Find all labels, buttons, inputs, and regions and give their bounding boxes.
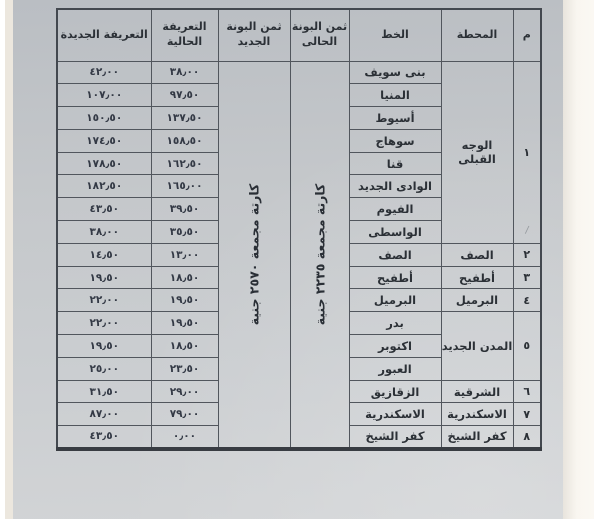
tariff-new-cell: ٣٨٫٠٠ bbox=[57, 221, 151, 244]
tariff-current-cell: ١٩٫٥٠ bbox=[151, 312, 218, 335]
line-cell: قنا bbox=[349, 152, 441, 175]
tariff-new-cell: ٢٢٫٠٠ bbox=[57, 312, 151, 335]
tariff-current-cell: ١٨٫٥٠ bbox=[151, 266, 218, 289]
line-cell: الفيوم bbox=[349, 198, 441, 221]
header-coupon-current: ثمن البونة الحالى bbox=[290, 9, 349, 61]
serial-cell: ٢ bbox=[513, 243, 541, 266]
tariff-table: م المحطة الخط ثمن البونة الحالى ثمن البو… bbox=[56, 8, 542, 451]
tariff-current-cell: ٢٩٫٠٠ bbox=[151, 380, 218, 403]
serial-cell: ٤ bbox=[513, 289, 541, 312]
line-cell: سوهاج bbox=[349, 129, 441, 152]
header-coupon-new: ثمن البونة الجديد bbox=[218, 9, 290, 61]
serial-cell: ٨ bbox=[513, 426, 541, 449]
tariff-new-cell: ٢٥٫٠٠ bbox=[57, 357, 151, 380]
tariff-current-cell: ٠٫٠٠ bbox=[151, 426, 218, 449]
tariff-new-cell: ٣١٫٥٠ bbox=[57, 380, 151, 403]
line-cell: أسيوط bbox=[349, 107, 441, 130]
line-cell: العبور bbox=[349, 357, 441, 380]
tariff-new-cell: ١٠٧٫٠٠ bbox=[57, 84, 151, 107]
header-serial: م bbox=[513, 9, 541, 61]
tariff-new-cell: ١٨٢٫٥٠ bbox=[57, 175, 151, 198]
line-cell: بدر bbox=[349, 312, 441, 335]
header-tariff-new: التعريفة الجديدة bbox=[57, 9, 151, 61]
serial-cell: ٣ bbox=[513, 266, 541, 289]
serial-cell: ٧ bbox=[513, 403, 541, 426]
tariff-current-cell: ١٣٧٫٥٠ bbox=[151, 107, 218, 130]
tariff-current-cell: ١٨٫٥٠ bbox=[151, 335, 218, 358]
line-cell: الواسطى bbox=[349, 221, 441, 244]
tariff-current-cell: ٣٨٫٠٠ bbox=[151, 61, 218, 84]
station-cell: المدن الجديد bbox=[441, 312, 513, 380]
line-cell: اكتوبر bbox=[349, 335, 441, 358]
line-cell: بنى سويف bbox=[349, 61, 441, 84]
left-margin-crease bbox=[5, 0, 13, 519]
tariff-new-cell: ١٥٠٫٥٠ bbox=[57, 107, 151, 130]
header-line: الخط bbox=[349, 9, 441, 61]
serial-cell: ٥ bbox=[513, 312, 541, 380]
line-cell: الاسكندرية bbox=[349, 403, 441, 426]
coupon-current-note: كارتة مجمعة ٢٢٣٥ جنية bbox=[312, 183, 327, 325]
tariff-current-cell: ١٣٫٠٠ bbox=[151, 243, 218, 266]
stray-pen-mark: ∕ bbox=[524, 225, 529, 236]
tariff-current-cell: ٣٩٫٥٠ bbox=[151, 198, 218, 221]
tariff-current-cell: ١٥٨٫٥٠ bbox=[151, 129, 218, 152]
right-margin-strip bbox=[563, 0, 594, 519]
coupon-current-note-cell: كارتة مجمعة ٢٢٣٥ جنية bbox=[290, 61, 349, 449]
serial-cell: ١ ∕ bbox=[513, 61, 541, 243]
coupon-new-note: كارتة مجمعة ٢٥٧٠ جنية bbox=[247, 183, 262, 325]
tariff-current-cell: ٣٥٫٥٠ bbox=[151, 221, 218, 244]
tariff-new-cell: ١٧٨٫٥٠ bbox=[57, 152, 151, 175]
line-cell: أطفيح bbox=[349, 266, 441, 289]
station-cell: الشرقية bbox=[441, 380, 513, 403]
tariff-current-cell: ١٦٢٫٥٠ bbox=[151, 152, 218, 175]
serial-number: ١ bbox=[523, 146, 530, 159]
station-cell: أطفيح bbox=[441, 266, 513, 289]
tariff-current-cell: ١٦٥٫٠٠ bbox=[151, 175, 218, 198]
line-cell: الوادى الجديد bbox=[349, 175, 441, 198]
tariff-new-cell: ١٩٫٥٠ bbox=[57, 335, 151, 358]
header-row: م المحطة الخط ثمن البونة الحالى ثمن البو… bbox=[57, 9, 541, 61]
tariff-new-cell: ١٤٫٥٠ bbox=[57, 243, 151, 266]
header-station: المحطة bbox=[441, 9, 513, 61]
tariff-current-cell: ٧٩٫٠٠ bbox=[151, 403, 218, 426]
coupon-new-note-cell: كارتة مجمعة ٢٥٧٠ جنية bbox=[218, 61, 290, 449]
tariff-new-cell: ٤٣٫٥٠ bbox=[57, 198, 151, 221]
tariff-new-cell: ٤٢٫٠٠ bbox=[57, 61, 151, 84]
line-cell: كفر الشيخ bbox=[349, 426, 441, 449]
station-cell: الاسكندرية bbox=[441, 403, 513, 426]
line-cell: الزقازيق bbox=[349, 380, 441, 403]
line-cell: الصف bbox=[349, 243, 441, 266]
tariff-new-cell: ١٧٤٫٥٠ bbox=[57, 129, 151, 152]
header-tariff-current: التعريفة الحالية bbox=[151, 9, 218, 61]
tariff-current-cell: ٢٣٫٥٠ bbox=[151, 357, 218, 380]
table-row: ١ ∕ الوجه القبلى بنى سويف كارتة مجمعة ٢٢… bbox=[57, 61, 541, 84]
tariff-new-cell: ٢٢٫٠٠ bbox=[57, 289, 151, 312]
station-cell: الوجه القبلى bbox=[441, 61, 513, 243]
tariff-new-cell: ٤٣٫٥٠ bbox=[57, 426, 151, 449]
station-cell: البرميل bbox=[441, 289, 513, 312]
station-cell: كفر الشيخ bbox=[441, 426, 513, 449]
line-cell: البرميل bbox=[349, 289, 441, 312]
scanned-page: م المحطة الخط ثمن البونة الحالى ثمن البو… bbox=[0, 0, 594, 519]
tariff-new-cell: ٨٧٫٠٠ bbox=[57, 403, 151, 426]
station-cell: الصف bbox=[441, 243, 513, 266]
serial-cell: ٦ bbox=[513, 380, 541, 403]
line-cell: المنيا bbox=[349, 84, 441, 107]
tariff-current-cell: ١٩٫٥٠ bbox=[151, 289, 218, 312]
tariff-new-cell: ١٩٫٥٠ bbox=[57, 266, 151, 289]
tariff-current-cell: ٩٧٫٥٠ bbox=[151, 84, 218, 107]
